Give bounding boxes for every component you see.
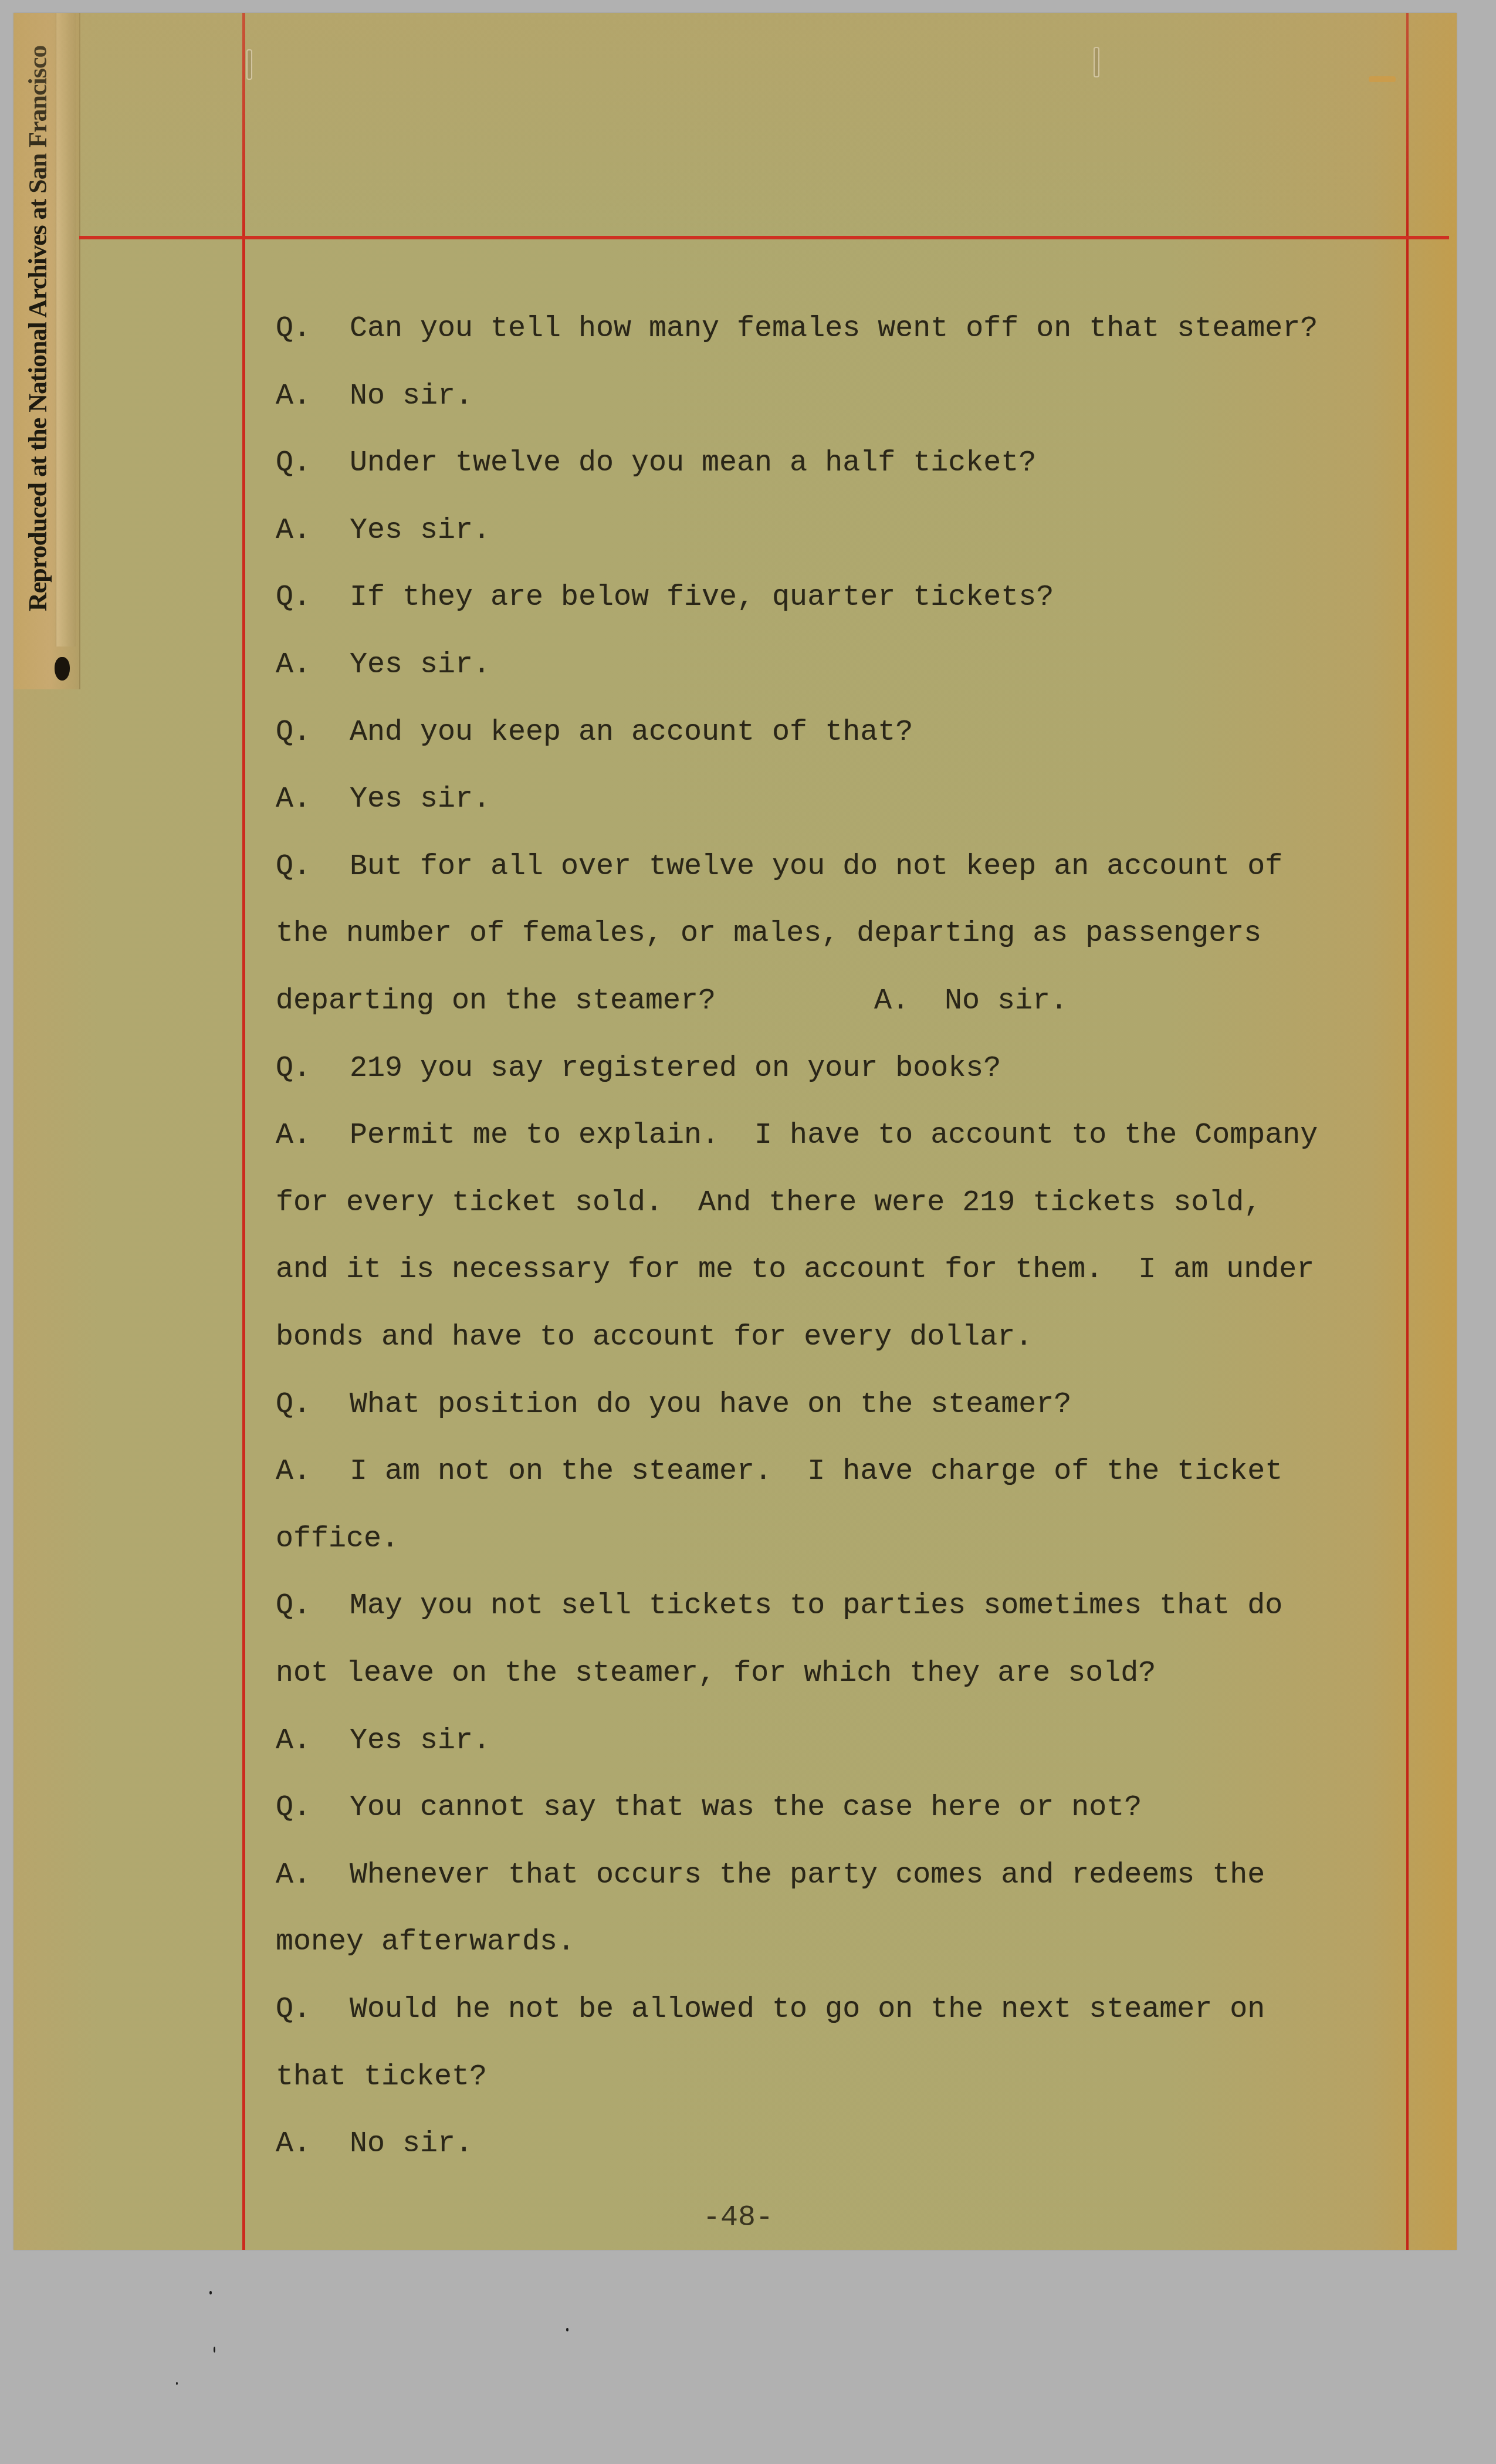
- staple-hole-icon: [1094, 47, 1099, 77]
- speaker-label: Q.: [276, 1993, 350, 2026]
- line-text: that ticket?: [276, 2060, 487, 2094]
- scan-speck: [209, 2291, 212, 2294]
- continuation-line: that ticket?: [276, 2060, 487, 2107]
- line-text: money afterwards.: [276, 1925, 575, 1959]
- line-text: Yes sir.: [350, 1724, 490, 1758]
- line-text: the number of females, or males, departi…: [276, 917, 1261, 950]
- line-text: Under twelve do you mean a half ticket?: [350, 446, 1036, 480]
- continuation-line: office.: [276, 1522, 399, 1569]
- scan-speck: [214, 2347, 215, 2353]
- continuation-line: and it is necessary for me to account fo…: [276, 1253, 1314, 1300]
- line-text: Whenever that occurs the party comes and…: [350, 1859, 1265, 1892]
- question-line: Q.Would he not be allowed to go on the n…: [276, 1993, 1265, 2040]
- line-text: Would he not be allowed to go on the nex…: [350, 1993, 1265, 2026]
- speaker-label: A.: [276, 380, 350, 413]
- right-margin-rule: [1406, 13, 1409, 2250]
- continuation-line: departing on the steamer?A. No sir.: [276, 984, 716, 1031]
- answer-line: A.Yes sir.: [276, 514, 490, 561]
- speaker-label: Q.: [276, 581, 350, 614]
- line-text: And you keep an account of that?: [350, 716, 913, 749]
- left-margin-rule: [242, 13, 245, 2250]
- continuation-line: not leave on the steamer, for which they…: [276, 1657, 1156, 1704]
- line-text: office.: [276, 1522, 399, 1556]
- speaker-label: Q.: [276, 312, 350, 346]
- question-line: Q.What position do you have on the steam…: [276, 1388, 1071, 1435]
- question-line: Q.And you keep an account of that?: [276, 716, 913, 763]
- speaker-label: Q.: [276, 1052, 350, 1085]
- header-rule: [79, 236, 1449, 239]
- speaker-label: Q.: [276, 850, 350, 884]
- paper-tab-mark: [1369, 76, 1396, 82]
- speaker-label: A.: [276, 648, 350, 682]
- answer-line: A.I am not on the steamer. I have charge…: [276, 1455, 1282, 1502]
- line-text: departing on the steamer?: [276, 984, 716, 1018]
- speaker-label: A.: [276, 1724, 350, 1758]
- question-line: Q.Under twelve do you mean a half ticket…: [276, 446, 1036, 493]
- line-text: What position do you have on the steamer…: [350, 1388, 1071, 1421]
- question-line: Q.If they are below five, quarter ticket…: [276, 581, 1054, 628]
- speaker-label: Q.: [276, 1791, 350, 1825]
- question-line: Q.Can you tell how many females went off…: [276, 312, 1318, 359]
- staple-hole-icon: [246, 49, 252, 80]
- line-text: No sir.: [350, 2127, 473, 2161]
- line-text: bonds and have to account for every doll…: [276, 1321, 1033, 1354]
- continuation-line: bonds and have to account for every doll…: [276, 1321, 1033, 1368]
- answer-line: A.Whenever that occurs the party comes a…: [276, 1859, 1265, 1905]
- line-text: I am not on the steamer. I have charge o…: [350, 1455, 1282, 1488]
- speaker-label: A.: [276, 1119, 350, 1152]
- line-text: Yes sir.: [350, 514, 490, 547]
- speaker-label: A.: [276, 1455, 350, 1488]
- line-text: Can you tell how many females went off o…: [350, 312, 1318, 346]
- page-number: -48-: [703, 2201, 773, 2235]
- line-text: But for all over twelve you do not keep …: [350, 850, 1282, 884]
- question-line: Q.May you not sell tickets to parties so…: [276, 1589, 1282, 1636]
- answer-line: A.Yes sir.: [276, 648, 490, 695]
- scan-speck: [566, 2328, 568, 2331]
- scan-speck: [176, 2382, 178, 2385]
- speaker-label: A.: [276, 514, 350, 547]
- answer-line: A.Yes sir.: [276, 783, 490, 830]
- question-line: Q.You cannot say that was the case here …: [276, 1791, 1142, 1838]
- line-text: 219 you say registered on your books?: [350, 1052, 1001, 1085]
- line-text: May you not sell tickets to parties some…: [350, 1589, 1282, 1623]
- speaker-label: A.: [276, 1859, 350, 1892]
- line-text: for every ticket sold. And there were 21…: [276, 1186, 1261, 1220]
- archive-stamp: Reproduced at the National Archives at S…: [23, 46, 53, 611]
- question-line: Q.But for all over twelve you do not kee…: [276, 850, 1282, 897]
- answer-line: A.Permit me to explain. I have to accoun…: [276, 1119, 1318, 1166]
- line-text: Yes sir.: [350, 783, 490, 816]
- question-line: Q.219 you say registered on your books?: [276, 1052, 1001, 1099]
- speaker-label: Q.: [276, 1388, 350, 1421]
- answer-line: A.No sir.: [276, 380, 473, 427]
- ink-blot-mark: [55, 657, 70, 681]
- continuation-line: money afterwards.: [276, 1925, 575, 1972]
- line-text: No sir.: [350, 380, 473, 413]
- speaker-label: Q.: [276, 1589, 350, 1623]
- speaker-label: A.: [276, 2127, 350, 2161]
- speaker-label: Q.: [276, 446, 350, 480]
- continuation-line: for every ticket sold. And there were 21…: [276, 1186, 1261, 1233]
- inline-answer: A. No sir.: [874, 984, 1068, 1018]
- line-text: not leave on the steamer, for which they…: [276, 1657, 1156, 1690]
- continuation-line: the number of females, or males, departi…: [276, 917, 1261, 964]
- speaker-label: Q.: [276, 716, 350, 749]
- line-text: Yes sir.: [350, 648, 490, 682]
- line-text: If they are below five, quarter tickets?: [350, 581, 1054, 614]
- archive-tag-strip: Reproduced at the National Archives at S…: [13, 13, 80, 689]
- line-text: and it is necessary for me to account fo…: [276, 1253, 1314, 1287]
- answer-line: A.No sir.: [276, 2127, 473, 2174]
- transcript-page: Reproduced at the National Archives at S…: [13, 13, 1457, 2250]
- line-text: You cannot say that was the case here or…: [350, 1791, 1142, 1825]
- answer-line: A.Yes sir.: [276, 1724, 490, 1771]
- speaker-label: A.: [276, 783, 350, 816]
- line-text: Permit me to explain. I have to account …: [350, 1119, 1318, 1152]
- tag-fold: [56, 13, 76, 647]
